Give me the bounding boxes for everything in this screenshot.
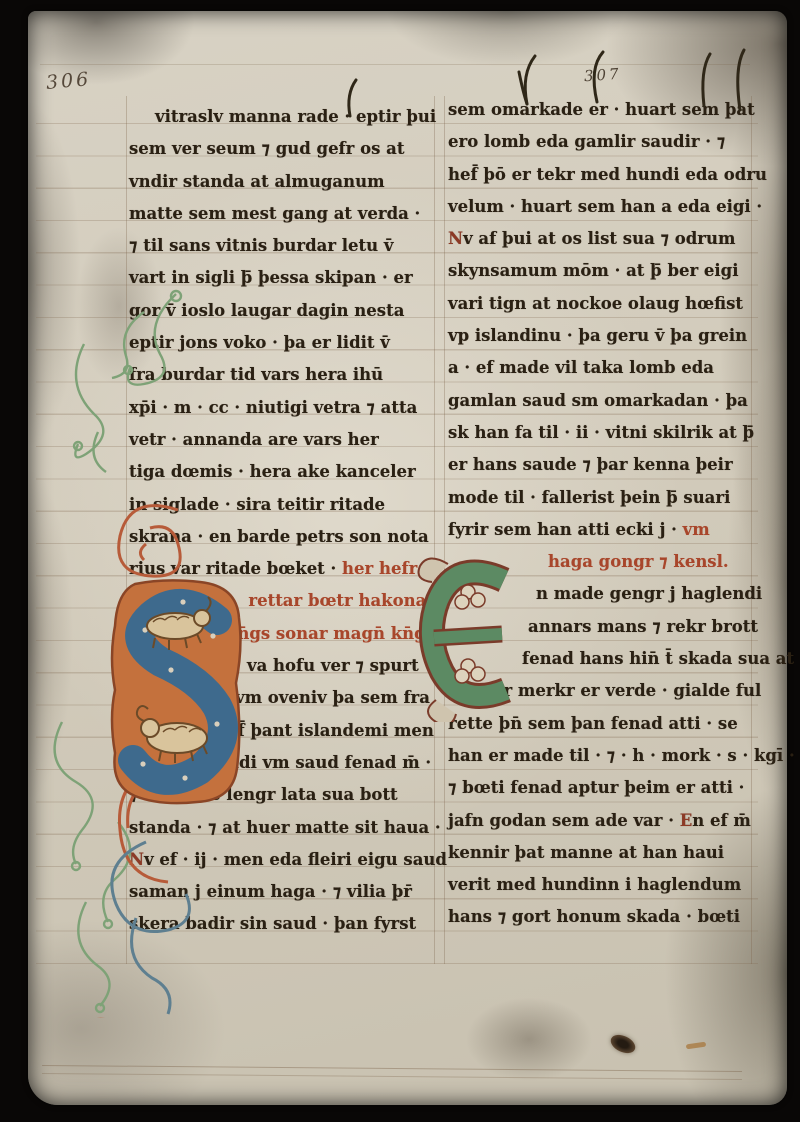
manuscript-text: vari tign at nockoe olaug hœfist: [448, 294, 743, 313]
text-line: hans ⁊ gort honum skada · bœti: [448, 901, 749, 933]
manuscript-text: sem ver seum ⁊ gud gefr os at: [129, 139, 404, 158]
manuscript-text: jafn godan sem ade var ·: [448, 811, 680, 830]
manuscript-text: annars mans ⁊ rekr brott: [528, 617, 758, 636]
rubric-text: her hefr: [342, 559, 417, 578]
rubric-text: haga gongr ⁊ kensl.: [548, 552, 729, 571]
manuscript-text: vp islandinu · þa geru v̄ þa grein: [448, 326, 747, 345]
ascender-flourishes: [0, 0, 800, 140]
initial-e-bottom-hook: [428, 700, 456, 722]
manuscript-text: skynsamum mōm · at þ̄ ber eigi: [448, 261, 738, 280]
manuscript-text: sk han fa til · ii · vitni skilrik at þ̄: [448, 423, 754, 442]
text-line: Nv af þui at os list sua ⁊ odrum: [448, 223, 749, 255]
manuscript-text: va hofu ver ⁊ spurt: [247, 656, 419, 675]
manuscript-photo: { "page": { "folio_number_left": "306", …: [0, 0, 800, 1122]
text-line: han er made til · ⁊ · h · mork · s · kgī…: [448, 740, 749, 772]
manuscript-text: han er made til · ⁊ · h · mork · s · kgī…: [448, 746, 795, 765]
initial-e-bar: [434, 634, 502, 638]
manuscript-text: hans ⁊ gort honum skada · bœti: [448, 907, 740, 926]
manuscript-text: n made gengr j haglendi: [536, 584, 762, 603]
text-line: vndir standa at almuganum: [129, 166, 435, 198]
manuscript-text: velum · huart sem han a eda eigi ·: [448, 197, 762, 216]
text-line: skynsamum mōm · at þ̄ ber eigi: [448, 255, 749, 287]
text-line: kennir þat manne at han haui: [448, 837, 749, 869]
text-line: mode til · fallerist þein þ̄ suari: [448, 482, 749, 514]
rubric-text: vm: [683, 520, 710, 539]
text-line: velum · huart sem han a eda eigi ·: [448, 191, 749, 223]
text-line: matte sem mest gang at verda ·: [129, 198, 435, 230]
manuscript-text: vm oveniv þa sem fra: [235, 688, 430, 707]
text-line: vp islandinu · þa geru v̄ þa grein: [448, 320, 749, 352]
manuscript-text: verit med hundinn i haglendum: [448, 875, 741, 894]
manuscript-text: E: [680, 811, 693, 830]
text-line: jafn godan sem ade var · En ef m̄: [448, 805, 749, 837]
column-right: sem omarkade er · huart sem þatero lomb …: [448, 94, 749, 934]
manuscript-text: fenad hans hin̄ t̄ skada sua at: [522, 649, 794, 668]
text-line: a · ef made vil taka lomb eda: [448, 352, 749, 384]
text-line: n made gengr j haglendi: [536, 578, 749, 610]
manuscript-text: kennir þat manne at han haui: [448, 843, 724, 862]
rubric-text: rettar bœtr hakonar: [248, 591, 435, 610]
text-line: ⁊ til sans vitnis burdar letu v̄: [129, 230, 435, 262]
manuscript-text: vndir standa at almuganum: [129, 172, 385, 191]
manuscript-text: N: [448, 229, 463, 248]
text-line: hef̄ þō er tekr med hundi eda odru: [448, 159, 749, 191]
initial-e-green: [416, 550, 526, 722]
manuscript-text: er hans saude ⁊ þar kenna þeir: [448, 455, 733, 474]
manuscript-text: ⁊ bœti fenad aptur þeim er atti ·: [448, 778, 744, 797]
manuscript-text: n ef m̄: [692, 811, 751, 830]
text-line: fenad hans hin̄ t̄ skada sua at: [522, 643, 749, 675]
text-line: haga gongr ⁊ kensl.: [548, 546, 749, 578]
text-line: vari tign at nockoe olaug hœfist: [448, 288, 749, 320]
manuscript-text: v af þui at os list sua ⁊ odrum: [463, 229, 735, 248]
gutter-rule-b: [444, 96, 445, 964]
manuscript-text: matte sem mest gang at verda ·: [129, 204, 420, 223]
text-line: er hans saude ⁊ þar kenna þeir: [448, 449, 749, 481]
text-line: vm oveniv þa sem fra: [235, 682, 435, 714]
column-rule-right: [751, 96, 752, 964]
manuscript-text: hef̄ þō er tekr med hundi eda odru: [448, 165, 767, 184]
manuscript-text: fyrir sem han atti ecki j ·: [448, 520, 683, 539]
text-line: ⁊ bœti fenad aptur þeim er atti ·: [448, 772, 749, 804]
manuscript-text: a · ef made vil taka lomb eda: [448, 358, 714, 377]
text-line: annars mans ⁊ rekr brott: [528, 611, 749, 643]
illuminated-initial-s: [105, 578, 245, 808]
text-line: verit med hundinn i haglendum: [448, 869, 749, 901]
text-line: sk han fa til · ii · vitni skilrik at þ̄: [448, 417, 749, 449]
manuscript-text: mode til · fallerist þein þ̄ suari: [448, 488, 730, 507]
rubric-text: kn̄gs sonar magn̄ kn̄gs: [226, 624, 435, 643]
manuscript-text: ⁊ til sans vitnis burdar letu v̄: [129, 236, 394, 255]
text-line: va hofu ver ⁊ spurt: [247, 650, 435, 682]
text-line: gamlan saud sm omarkadan · þa: [448, 385, 749, 417]
manuscript-text: gamlan saud sm omarkadan · þa: [448, 391, 748, 410]
text-line: fyrir sem han atti ecki j · vm: [448, 514, 749, 546]
